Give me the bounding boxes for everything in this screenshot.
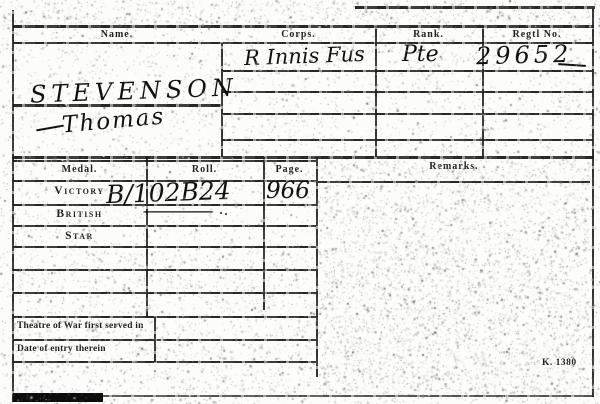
left-table-bottom-border xyxy=(13,361,316,363)
roll-column-header: Roll. xyxy=(146,164,263,175)
section-divider xyxy=(13,156,594,159)
star-medal-label: Star xyxy=(13,230,146,242)
theatre-of-war-label: Theatre of War first served in xyxy=(17,321,144,331)
corps-row-line xyxy=(222,91,593,93)
card-top-border xyxy=(13,25,594,28)
page-column-header: Page. xyxy=(263,164,316,175)
theatre-label-divider xyxy=(154,317,156,362)
regtl-no-handwriting: 29652 xyxy=(476,40,573,71)
remarks-header: Remarks. xyxy=(316,161,592,172)
card-right-border xyxy=(592,8,594,397)
medal-row-line xyxy=(13,269,316,271)
british-roll-ditto-dash: — xyxy=(140,198,216,222)
pen-lead-stroke xyxy=(36,125,64,132)
corps-header: Corps. xyxy=(222,29,375,40)
remarks-left-border xyxy=(316,157,318,377)
regtl-no-header: Regtl No. xyxy=(482,29,592,40)
british-medal-label: British xyxy=(13,208,146,220)
corps-row-line xyxy=(222,70,593,72)
corps-rank-divider xyxy=(375,26,377,157)
roll-page-divider xyxy=(263,157,265,310)
card-bottom-edge xyxy=(100,395,594,397)
section-divider-inner xyxy=(13,160,316,162)
victory-page-handwriting: 966 xyxy=(266,178,310,204)
theatre-row-line xyxy=(13,339,316,341)
name-header: Name. xyxy=(13,29,221,40)
medal-row-line xyxy=(13,292,316,294)
scan-black-bar xyxy=(13,393,103,402)
medal-row-line xyxy=(13,225,316,227)
corps-handwriting: R Innis Fus xyxy=(244,42,366,70)
medal-column-header: Medal. xyxy=(13,164,146,175)
ditto-marks xyxy=(220,212,222,214)
corps-row-line xyxy=(222,113,593,115)
forename-handwriting: Thomas xyxy=(61,104,166,139)
corps-row-line xyxy=(222,139,593,141)
medal-row-line xyxy=(13,316,316,318)
date-of-entry-label: Date of entry therein xyxy=(17,344,106,354)
medal-row-line xyxy=(13,246,316,248)
form-code: K. 1380 xyxy=(542,358,577,368)
card-left-border xyxy=(12,10,14,402)
rank-handwriting: Pte xyxy=(402,42,439,67)
remarks-header-underline xyxy=(318,181,590,183)
medal-index-card-scan: Name. Corps. Rank. Regtl No. Medal. Roll… xyxy=(0,0,600,404)
rank-header: Rank. xyxy=(375,29,482,40)
adjacent-card-edge xyxy=(355,6,595,9)
